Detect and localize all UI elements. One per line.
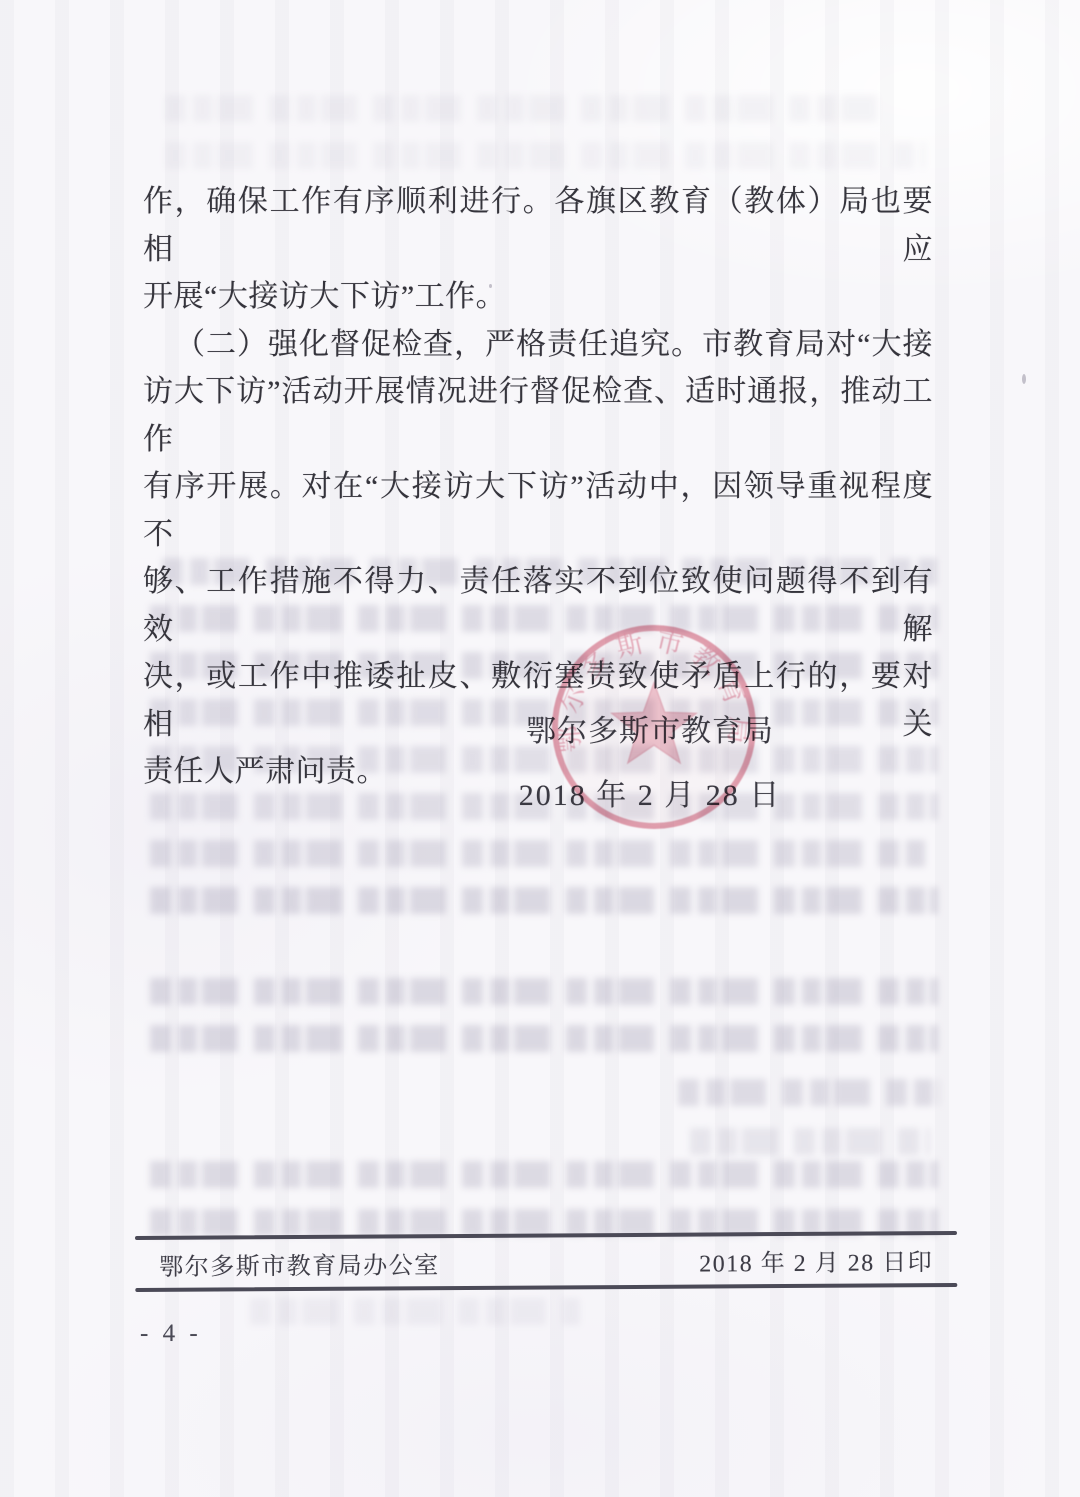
bleedthrough-row [165,95,885,122]
bleedthrough-row [678,1079,940,1106]
bleedthrough-row [150,887,938,914]
bleedthrough-row [150,1161,938,1188]
bleedthrough-row [165,142,925,169]
bleedthrough-row [150,840,930,867]
body-line: （二）强化督促检查，严格责任追究。市教育局对“大接 [143,321,933,369]
body-line: 访大下访”活动开展情况进行督促检查、适时通报，推动工作 [143,368,933,463]
footer-rule-bottom [135,1283,957,1292]
bleedthrough-row [150,978,938,1005]
bleedthrough-row [690,1128,930,1155]
signature-date: 2018 年 2 月 28 日 [430,770,870,814]
bleedthrough-row [150,1025,938,1052]
body-line: 有序开展。对在“大接访大下访”活动中，因领导重视程度不 [143,463,933,558]
scanned-document-page: 作，确保工作有序顺利进行。各旗区教育（教体）局也要相应 开展“大接访大下访”工作… [0,0,1080,1497]
body-line: 够、工作措施不得力、责任落实不到位致使问题得不到有效解 [143,558,933,653]
bleedthrough-row [250,1298,580,1325]
signature-org: 鄂尔多斯市教育局 [430,706,870,750]
footer: 鄂尔多斯市教育局办公室 2018 年 2 月 28 日印 [135,1231,957,1240]
footer-print-date: 2018 年 2 月 28 日印 [699,1242,933,1278]
signature-block: 鄂尔多斯市教育局 2018 年 2 月 28 日 [430,706,870,814]
body-line: 开展“大接访大下访”工作。 [143,273,933,321]
body-line: 作，确保工作有序顺利进行。各旗区教育（教体）局也要相应 [143,178,933,273]
scan-speck [1022,374,1026,384]
page-number: - 4 - [140,1320,202,1348]
document-body: 作，确保工作有序顺利进行。各旗区教育（教体）局也要相应 开展“大接访大下访”工作… [143,178,933,796]
footer-rule-top [135,1231,957,1240]
footer-office: 鄂尔多斯市教育局办公室 [159,1245,440,1282]
